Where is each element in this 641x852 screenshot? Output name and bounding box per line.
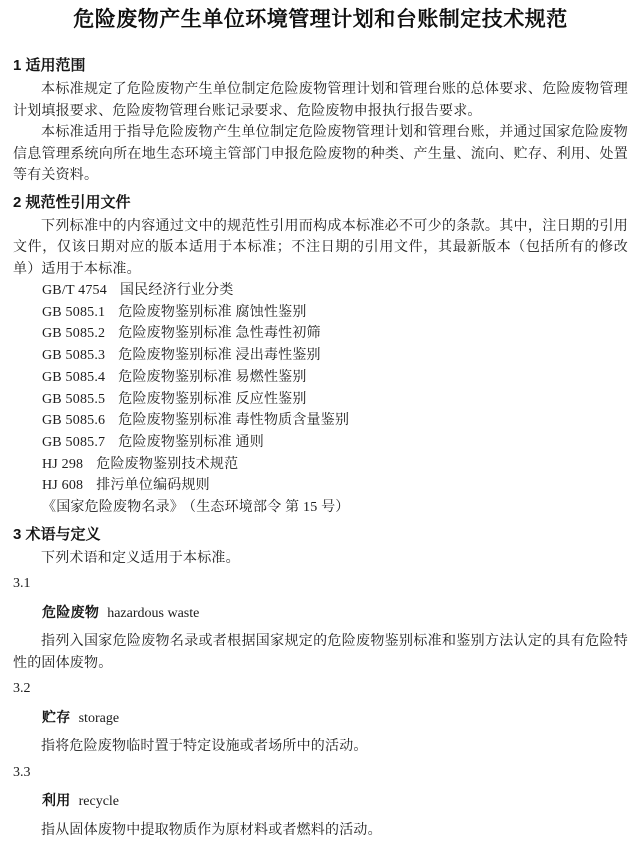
reference-code: GB 5085.6 [42,413,105,428]
definition-term: 贮存storage [13,707,628,730]
reference-item: GB/T 4754国民经济行业分类 [42,280,628,302]
reference-item: GB 5085.3危险废物鉴别标准 浸出毒性鉴别 [42,345,628,367]
term-chinese: 利用 [42,792,71,808]
section-heading-3: 3 术语与定义 [13,526,628,543]
definition-text: 指从固体废物中提取物质作为原材料或者燃料的活动。 [13,820,628,842]
definition-text: 指列入国家危险废物名录或者根据国家规定的危险废物鉴别标准和鉴别方法认定的具有危险… [13,631,628,674]
reference-code: GB 5085.7 [42,435,105,450]
reference-name: 排污单位编码规则 [96,478,210,493]
section-heading-2: 2 规范性引用文件 [13,194,628,211]
definition-number: 3.3 [13,762,628,784]
reference-name: 危险废物鉴别标准 反应性鉴别 [118,392,306,407]
paragraph: 本标准适用于指导危险废物产生单位制定危险废物管理计划和管理台账，并通过国家危险废… [13,122,628,187]
reference-code: GB 5085.4 [42,370,105,385]
definition-number: 3.1 [13,573,628,595]
reference-code: GB 5085.1 [42,305,105,320]
reference-item: GB 5085.1危险废物鉴别标准 腐蚀性鉴别 [42,302,628,324]
reference-item: HJ 608排污单位编码规则 [42,475,628,497]
paragraph: 下列标准中的内容通过文中的规范性引用而构成本标准必不可少的条款。其中，注日期的引… [13,216,628,281]
reference-code: 《国家危险废物名录》 [42,500,184,515]
paragraph: 本标准规定了危险废物产生单位制定危险废物管理计划和管理台账的总体要求、危险废物管… [13,79,628,122]
reference-item: GB 5085.6危险废物鉴别标准 毒性物质含量鉴别 [42,410,628,432]
reference-name: 危险废物鉴别标准 通则 [118,435,264,450]
section-intro: 下列术语和定义适用于本标准。 [13,548,628,570]
definition-term: 利用recycle [13,790,628,813]
reference-item: GB 5085.5危险废物鉴别标准 反应性鉴别 [42,389,628,411]
page-title: 危险废物产生单位环境管理计划和台账制定技术规范 [13,6,628,33]
reference-name: 危险废物鉴别标准 腐蚀性鉴别 [118,305,306,320]
definition-text: 指将危险废物临时置于特定设施或者场所中的活动。 [13,736,628,758]
reference-code: GB 5085.2 [42,326,105,341]
reference-item: 《国家危险废物名录》（生态环境部令 第 15 号） [42,497,628,519]
term-english: recycle [79,794,119,809]
reference-item: GB 5085.2危险废物鉴别标准 急性毒性初筛 [42,323,628,345]
reference-name: 危险废物鉴别标准 易燃性鉴别 [118,370,306,385]
document-page: 危险废物产生单位环境管理计划和台账制定技术规范 1 适用范围 本标准规定了危险废… [0,0,641,852]
reference-code: HJ 298 [42,457,83,472]
definition-term: 危险废物hazardous waste [13,602,628,625]
reference-item: HJ 298危险废物鉴别技术规范 [42,454,628,476]
reference-code: HJ 608 [42,478,83,493]
reference-code: GB/T 4754 [42,283,107,298]
reference-name: 危险废物鉴别技术规范 [96,457,238,472]
reference-list: GB/T 4754国民经济行业分类 GB 5085.1危险废物鉴别标准 腐蚀性鉴… [13,280,628,519]
section-heading-1: 1 适用范围 [13,57,628,74]
reference-name: （生态环境部令 第 15 号） [189,500,350,515]
reference-name: 国民经济行业分类 [120,283,234,298]
term-english: hazardous waste [107,606,199,621]
reference-item: GB 5085.4危险废物鉴别标准 易燃性鉴别 [42,367,628,389]
term-english: storage [79,711,119,726]
reference-name: 危险废物鉴别标准 毒性物质含量鉴别 [118,413,349,428]
reference-name: 危险废物鉴别标准 急性毒性初筛 [118,326,321,341]
reference-code: GB 5085.3 [42,348,105,363]
definition-number: 3.2 [13,678,628,700]
reference-item: GB 5085.7危险废物鉴别标准 通则 [42,432,628,454]
reference-name: 危险废物鉴别标准 浸出毒性鉴别 [118,348,321,363]
term-chinese: 贮存 [42,709,71,725]
reference-code: GB 5085.5 [42,392,105,407]
term-chinese: 危险废物 [42,604,99,620]
